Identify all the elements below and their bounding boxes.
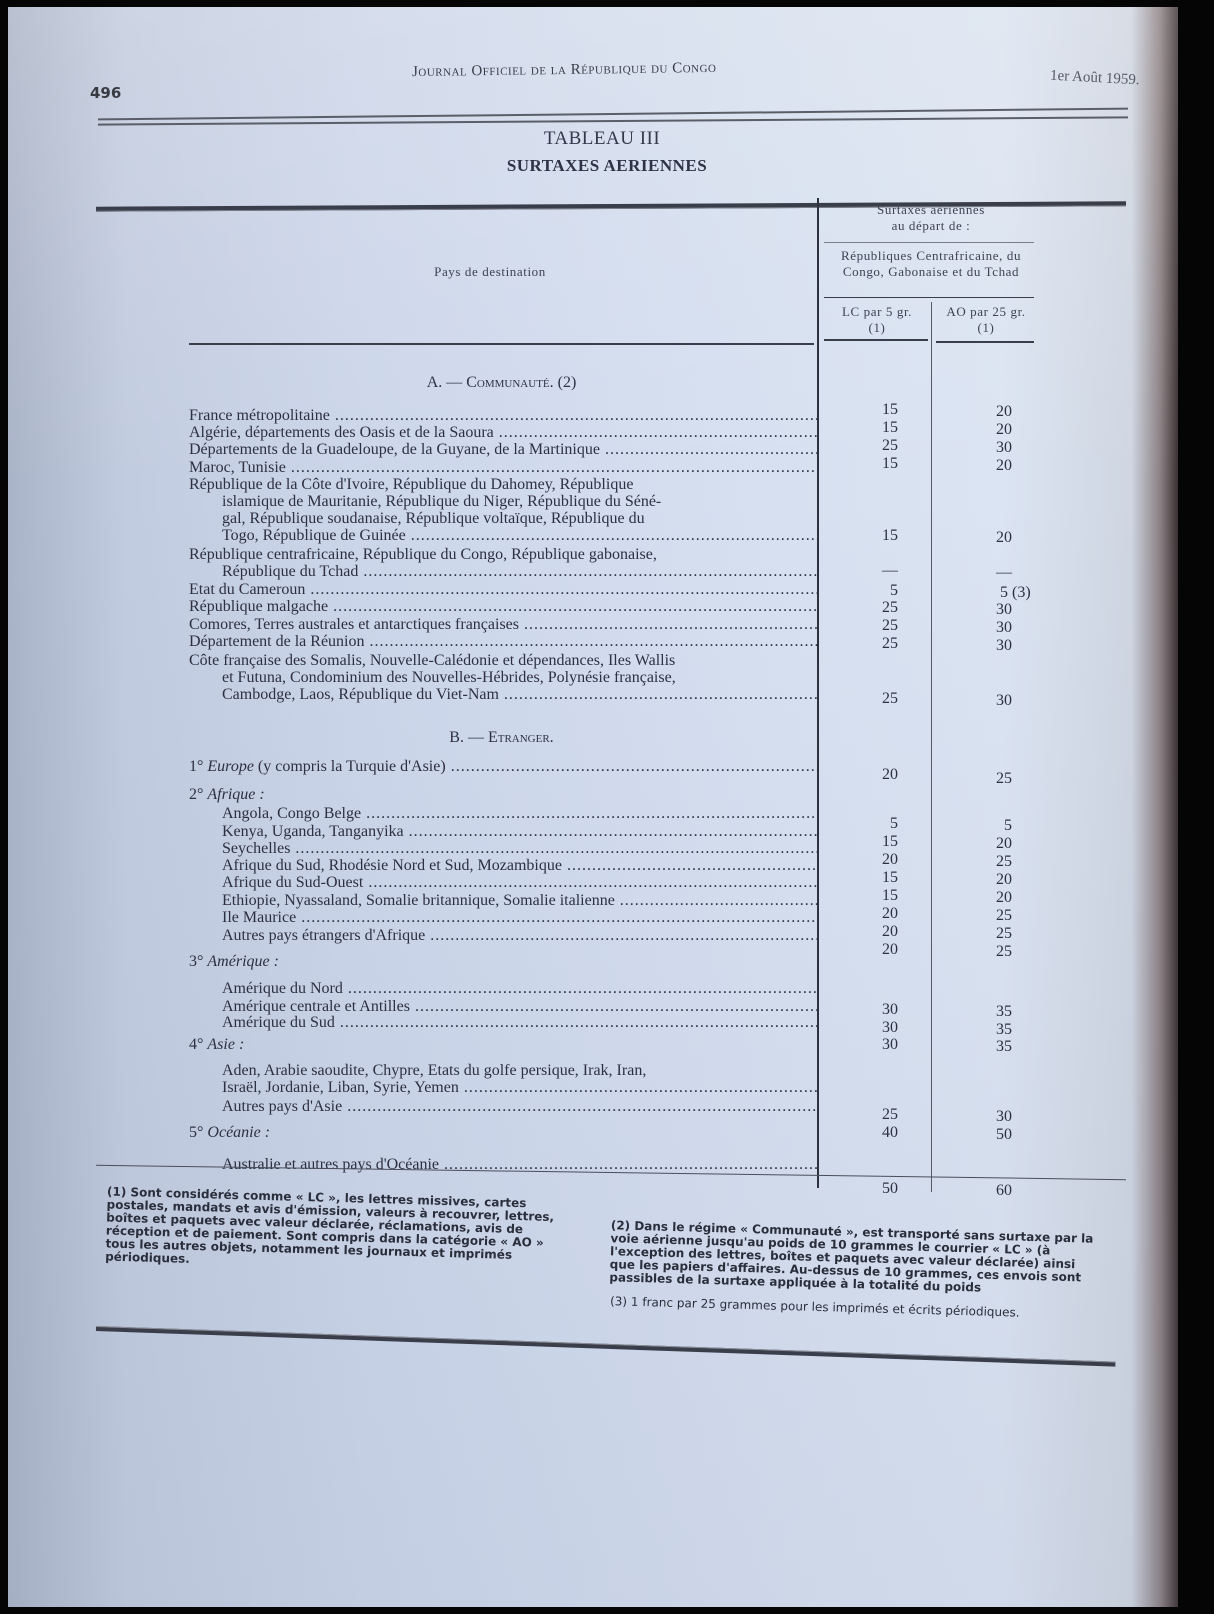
category-label: Océanie :	[207, 1124, 270, 1141]
row-label-line: Algérie, départements des Oasis et de la…	[189, 424, 817, 441]
table-row: Maroc, Tunisie	[189, 459, 817, 476]
row-label-line: et Futuna, Condominium des Nouvelles-Héb…	[189, 669, 817, 686]
row-label-line: République de la Côte d'Ivoire, Républiq…	[189, 476, 817, 493]
value-lc: 25	[858, 690, 898, 708]
table-row: Autres pays étrangers d'Afrique	[189, 927, 817, 944]
value-lc: 40	[858, 1124, 898, 1142]
row-label-line: Département de la Réunion	[189, 633, 817, 650]
value-ao: 30	[972, 1108, 1012, 1126]
value-ao: 30	[972, 637, 1012, 655]
value-lc: 15	[858, 869, 898, 887]
group-rule	[824, 242, 1034, 243]
value-ao: 30	[972, 692, 1012, 710]
origin-rule	[824, 297, 1034, 298]
category-europe: 1° Europe (y compris la Turquie d'Asie)	[189, 758, 817, 776]
section-a-heading: A. — Communauté. (2)	[189, 374, 814, 392]
value-ao: 5 (3)	[1000, 584, 1070, 602]
value-lc: 15	[858, 419, 898, 437]
value-lc: 20	[858, 941, 898, 959]
value-lc: 30	[858, 1001, 898, 1019]
value-lc: 20	[858, 851, 898, 869]
table-row: Ile Maurice	[189, 909, 817, 926]
row-label-line: Comores, Terres australes et antarctique…	[189, 616, 817, 633]
table-row: Algérie, départements des Oasis et de la…	[189, 424, 817, 441]
value-ao: 20	[972, 529, 1012, 547]
category-number: 4°	[189, 1036, 207, 1053]
table-subtitle: SURTAXES AERIENNES	[0, 156, 1214, 176]
value-lc: 15	[858, 527, 898, 545]
table-row: Départements de la Guadeloupe, de la Guy…	[189, 441, 817, 458]
col-header-ao: AO par 25 gr.(1)	[934, 304, 1038, 336]
table-row: Etat du Cameroun	[189, 581, 817, 598]
value-lc: 15	[858, 833, 898, 851]
header-bottom-rule-left	[189, 343, 814, 345]
table-row: France métropolitaine	[189, 407, 817, 424]
value-ao: 20	[972, 403, 1012, 421]
europe-ao: 25	[972, 770, 1012, 788]
value-lc: —	[858, 562, 898, 580]
value-ao: 20	[972, 871, 1012, 889]
row-label-line: Ile Maurice	[222, 909, 817, 926]
category-label: Amérique :	[207, 953, 279, 970]
table-row: Autres pays d'Asie	[189, 1098, 817, 1115]
header-bottom-rule-ao	[936, 341, 1034, 343]
category-label: Afrique :	[207, 786, 264, 803]
row-label-line: Cambodge, Laos, République du Viet-Nam	[189, 686, 817, 703]
row-label-line: Côte française des Somalis, Nouvelle-Cal…	[189, 652, 817, 669]
row-label-line: France métropolitaine	[189, 407, 817, 424]
value-lc: 25	[858, 635, 898, 653]
footnote-2: (2) Dans le régime « Communauté », est t…	[609, 1219, 1097, 1298]
row-label-line: Amérique du Sud	[222, 1014, 817, 1031]
value-ao: 25	[972, 925, 1012, 943]
row-label-line: République malgache	[189, 598, 817, 615]
value-lc: 15	[858, 455, 898, 473]
value-ao: 30	[972, 619, 1012, 637]
row-label-line: Autres pays étrangers d'Afrique	[222, 927, 817, 944]
value-lc: 15	[858, 887, 898, 905]
value-lc: 25	[858, 617, 898, 635]
value-lc: 25	[858, 437, 898, 455]
value-ao: 25	[972, 907, 1012, 925]
category-oceanie: 5° Océanie :	[189, 1124, 270, 1142]
row-label-line: Ethiopie, Nyassaland, Somalie britanniqu…	[222, 892, 817, 909]
row-label-line: Angola, Congo Belge	[222, 805, 817, 822]
value-lc: 25	[858, 1106, 898, 1124]
row-label-line: gal, République soudanaise, République v…	[189, 510, 817, 527]
row-label-line: Israël, Jordanie, Liban, Syrie, Yemen	[222, 1079, 817, 1096]
value-ao: 20	[972, 421, 1012, 439]
table-row: Ethiopie, Nyassaland, Somalie britanniqu…	[189, 892, 817, 909]
value-lc: 15	[858, 401, 898, 419]
europe-lc: 20	[858, 766, 898, 784]
row-label-line: Kenya, Uganda, Tanganyika	[222, 823, 817, 840]
category-afrique: 2° Afrique :	[189, 786, 265, 804]
row-label-line: Amérique du Nord	[222, 980, 817, 997]
table-row: Afrique du Sud, Rhodésie Nord et Sud, Mo…	[189, 857, 817, 874]
category-label: Asie :	[207, 1036, 244, 1053]
value-lc: 30	[858, 1036, 898, 1054]
value-ao: —	[972, 564, 1012, 582]
row-label-line: Afrique du Sud-Ouest	[222, 874, 817, 891]
value-ao: 50	[972, 1126, 1012, 1144]
section-b-heading: B. — Etranger.	[189, 729, 814, 747]
category-number: 2°	[189, 786, 207, 803]
table-row: République centrafricaine, République du…	[189, 546, 817, 580]
table-row: République de la Côte d'Ivoire, Républiq…	[189, 476, 817, 544]
table-row: Angola, Congo Belge	[189, 805, 817, 822]
value-ao: 60	[972, 1182, 1012, 1200]
col-header-lc: LC par 5 gr.(1)	[822, 304, 932, 336]
table-row: Comores, Terres australes et antarctique…	[189, 616, 817, 633]
table-row: Amérique du Sud	[189, 1014, 817, 1031]
row-label-line: Maroc, Tunisie	[189, 459, 817, 476]
row-label-line: Seychelles	[222, 840, 817, 857]
value-ao: 25	[972, 853, 1012, 871]
row-label-line: islamique de Mauritanie, République du N…	[189, 493, 817, 510]
row-label-line: République du Tchad	[189, 563, 817, 580]
row-label-line: Autres pays d'Asie	[222, 1098, 817, 1115]
row-label-line: Afrique du Sud, Rhodésie Nord et Sud, Mo…	[222, 857, 817, 874]
value-lc: 30	[858, 1019, 898, 1037]
value-lc: 5	[858, 582, 898, 600]
value-ao: 35	[972, 1003, 1012, 1021]
row-label-line: Départements de la Guadeloupe, de la Guy…	[189, 441, 817, 458]
table-row: Amérique centrale et Antilles	[189, 998, 817, 1015]
category-number: 5°	[189, 1124, 207, 1141]
value-ao: 35	[972, 1021, 1012, 1039]
table-row: Kenya, Uganda, Tanganyika	[189, 823, 817, 840]
value-ao: 30	[972, 601, 1012, 619]
value-lc: 20	[858, 905, 898, 923]
value-lc: 5	[858, 815, 898, 833]
value-lc: 50	[858, 1180, 898, 1198]
value-ao: 30	[972, 439, 1012, 457]
row-label-line: Togo, République de Guinée	[189, 527, 817, 544]
col-header-group: Surtaxes aériennes au départ de :	[826, 202, 1036, 234]
table-row: Afrique du Sud-Ouest	[189, 874, 817, 891]
category-asie: 4° Asie :	[189, 1036, 244, 1054]
footnote-1: (1) Sont considérés comme « LC », les le…	[105, 1186, 571, 1277]
value-ao: 35	[972, 1038, 1012, 1056]
table-title: TABLEAU III	[0, 128, 1214, 150]
value-ao: 25	[972, 943, 1012, 961]
value-lc: 25	[858, 599, 898, 617]
value-ao: 20	[972, 889, 1012, 907]
column-divider-main	[817, 198, 819, 1188]
column-divider-lc-ao	[931, 302, 932, 1192]
row-label-line: Amérique centrale et Antilles	[222, 998, 817, 1015]
value-lc: 20	[858, 923, 898, 941]
value-ao: 5	[972, 817, 1012, 835]
category-number: 3°	[189, 953, 207, 970]
category-amerique: 3° Amérique :	[189, 953, 279, 971]
table-row: République malgache	[189, 598, 817, 615]
row-label-line: Aden, Arabie saoudite, Chypre, Etats du …	[222, 1062, 817, 1079]
table-row: Département de la Réunion	[189, 633, 817, 650]
page-number: 496	[90, 84, 121, 102]
header-bottom-rule-lc	[824, 339, 928, 341]
table-row: Aden, Arabie saoudite, Chypre, Etats du …	[189, 1062, 817, 1096]
table-row: Côte française des Somalis, Nouvelle-Cal…	[189, 652, 817, 703]
col-header-origin: Républiques Centrafricaine, du Congo, Ga…	[826, 248, 1036, 280]
table-row: Seychelles	[189, 840, 817, 857]
value-ao: 20	[972, 457, 1012, 475]
table-row: Amérique du Nord	[189, 980, 817, 997]
row-label-line: République centrafricaine, République du…	[189, 546, 817, 563]
col-header-destination: Pays de destination	[380, 264, 600, 280]
row-label-line: Etat du Cameroun	[189, 581, 817, 598]
value-ao: 20	[972, 835, 1012, 853]
